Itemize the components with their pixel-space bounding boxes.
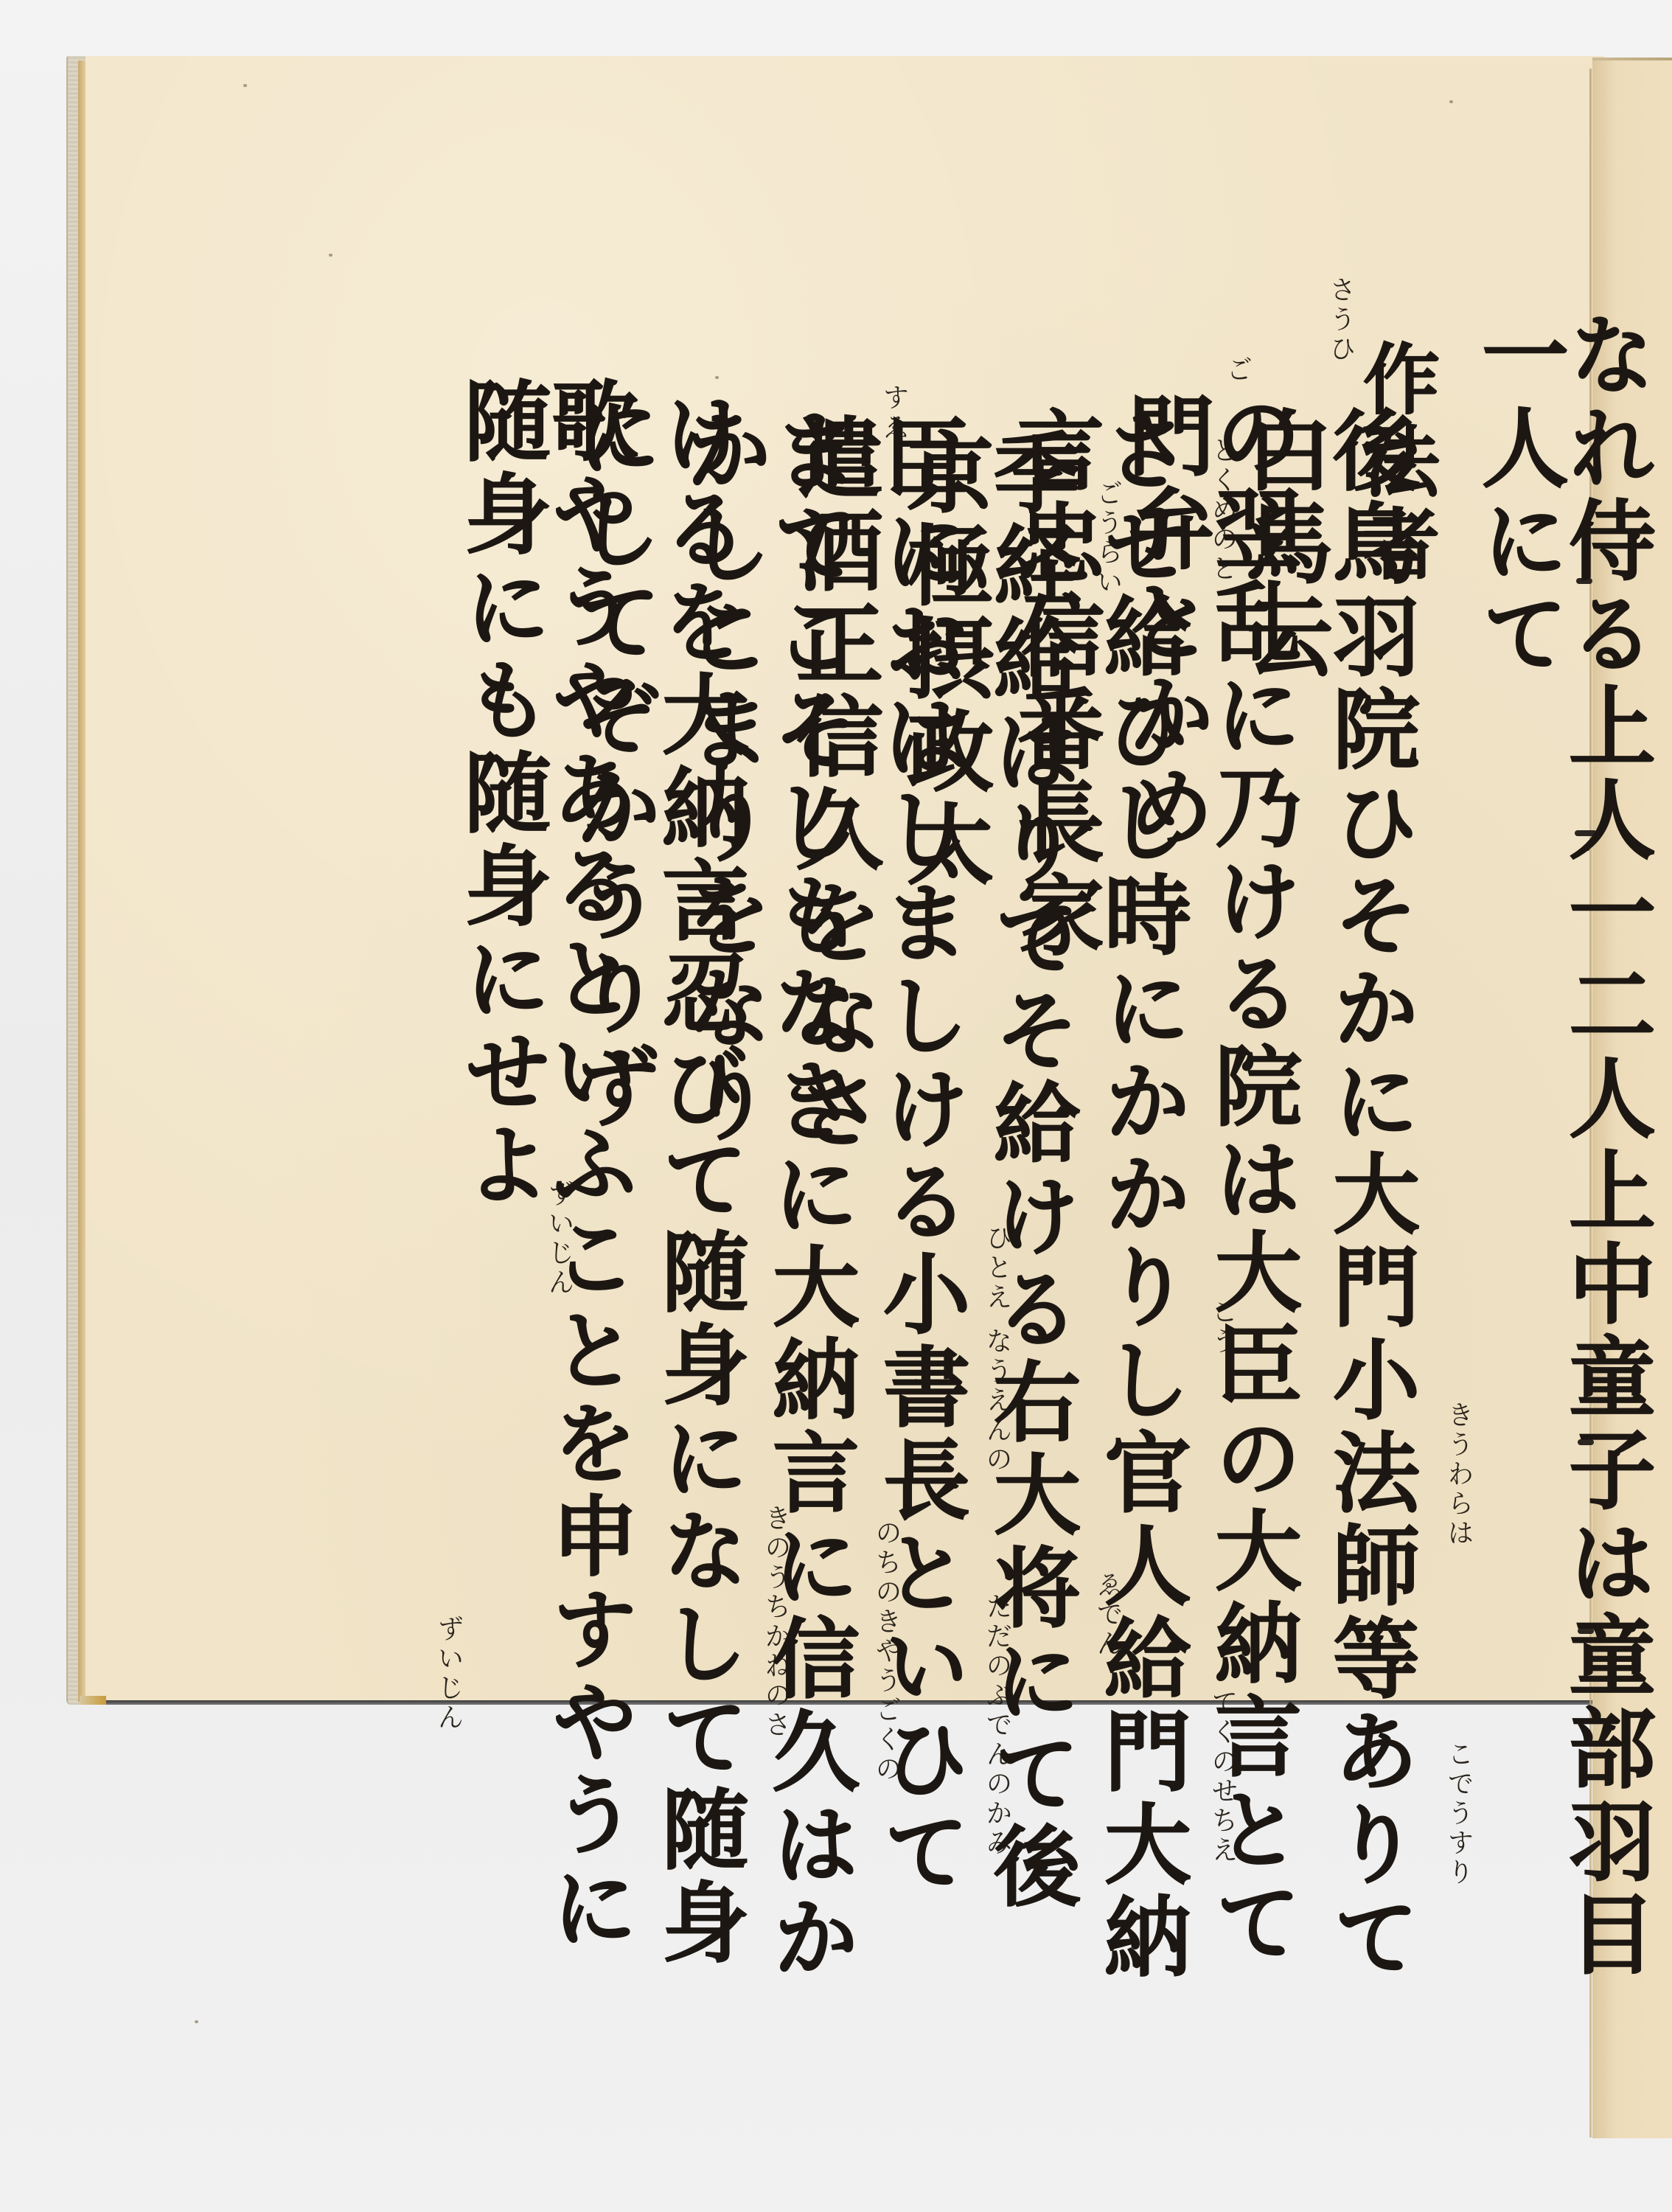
paper-speck [195, 2020, 198, 2023]
furigana: ご [1224, 355, 1250, 385]
furigana: ずいじん [435, 1615, 461, 1733]
manuscript-text: なれ侍る上人一二人上中童子は童部羽目一人にて きうわらは こでうすり 作法者 さ… [221, 295, 1548, 1991]
furigana: こでうすり [1445, 1740, 1471, 1888]
paper-speck [329, 254, 332, 257]
paper-speck [243, 84, 247, 87]
furigana: きうわらは [1445, 1401, 1471, 1548]
furigana: さうひ [1327, 276, 1354, 364]
text-column-1: なれ侍る上人一二人上中童子は童部羽目一人にて [1474, 310, 1648, 1991]
paper-speck [1449, 100, 1453, 103]
page-corner-gilt [80, 1696, 106, 1705]
text-column-10: 歌やうやあるといふことを申すやうに随身にも随身にせよ [457, 376, 631, 1991]
